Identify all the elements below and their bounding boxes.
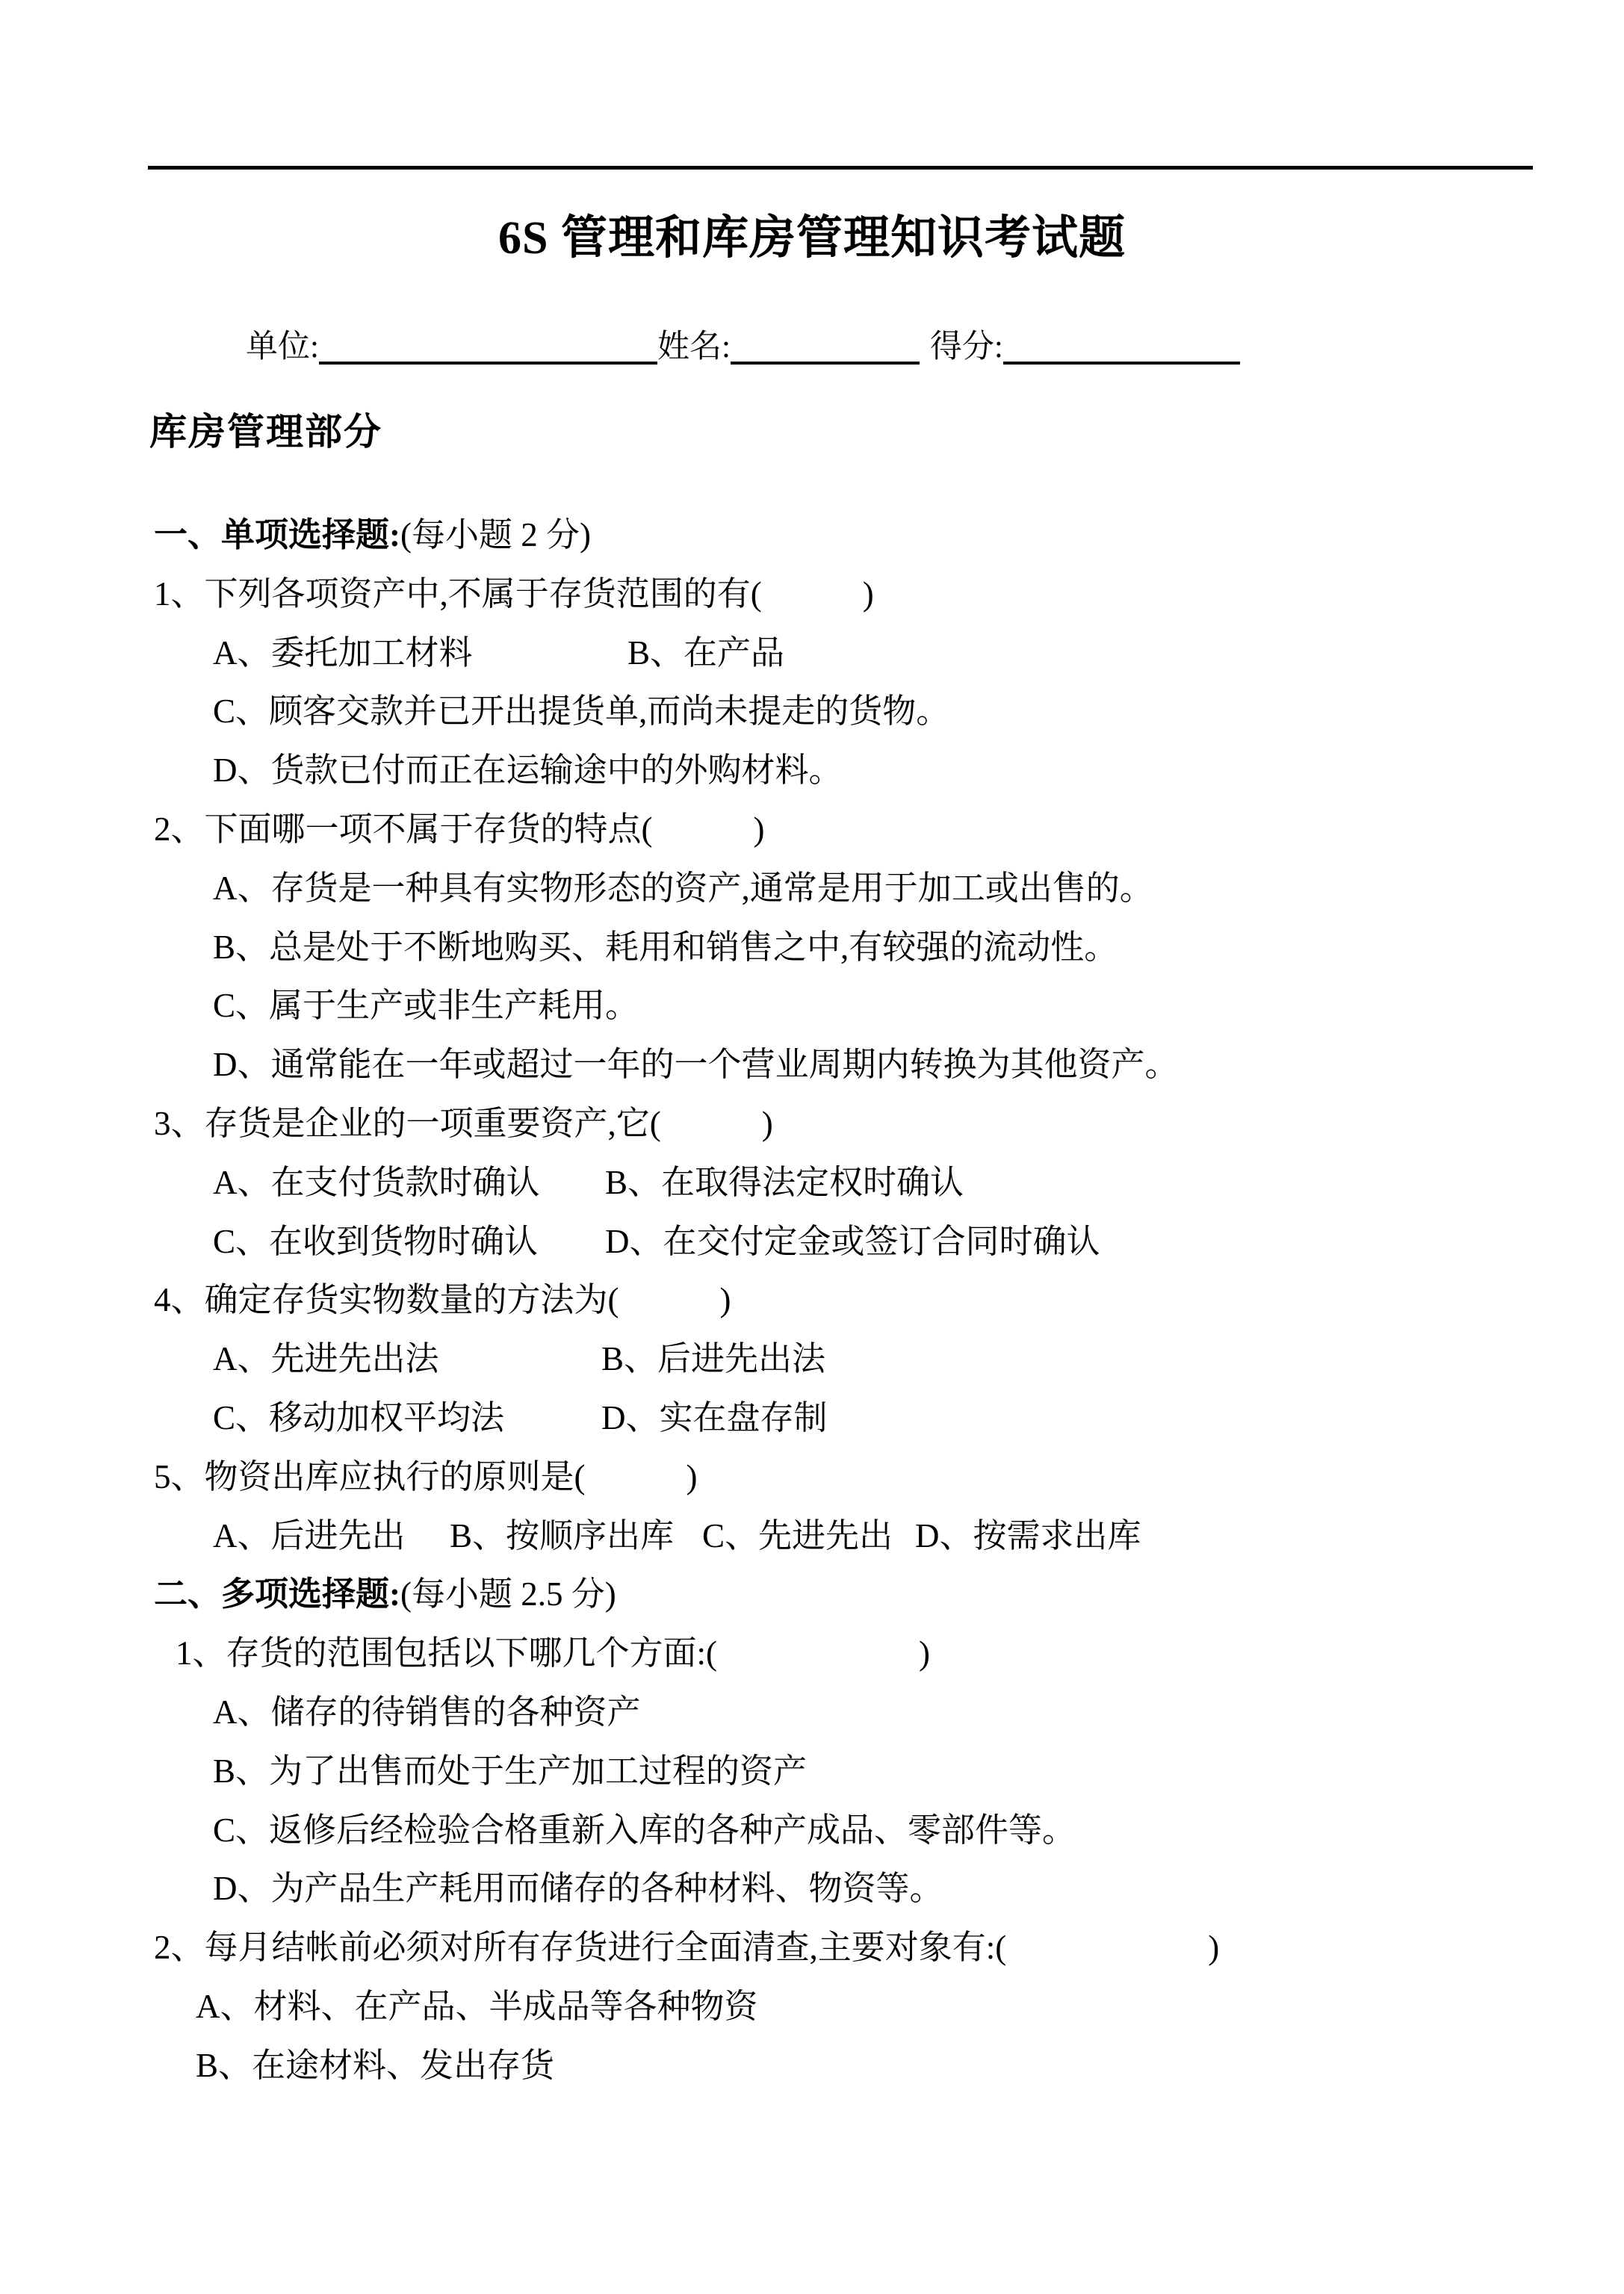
text-segment: 一、单项选择题: bbox=[154, 516, 400, 554]
exam-line: 3、存货是企业的一项重要资产,它( ) bbox=[0, 1104, 1624, 1144]
text-segment: D、按需求出库 bbox=[915, 1516, 1141, 1556]
exam-body: 一、单项选择题:(每小题 2 分)1、下列各项资产中,不属于存货范围的有( )A… bbox=[0, 0, 1624, 2294]
text-segment: C、在收到货物时确认 bbox=[213, 1223, 538, 1260]
exam-line: C、返修后经检验合格重新入库的各种产成品、零部件等。 bbox=[0, 1811, 1624, 1850]
text-segment: C、移动加权平均法 bbox=[213, 1399, 504, 1436]
text-segment: (每小题 2 分) bbox=[400, 516, 591, 554]
exam-line: C、顾客交款并已开出提货单,而尚未提走的货物。 bbox=[0, 692, 1624, 731]
exam-line: D、为产品生产耗用而储存的各种材料、物资等。 bbox=[0, 1869, 1624, 1909]
text-segment: B、为了出售而处于生产加工过程的资产 bbox=[213, 1752, 807, 1790]
text-segment: 2、下面哪一项不属于存货的特点( ) bbox=[154, 810, 764, 848]
text-segment: A、后进先出 bbox=[213, 1517, 406, 1554]
exam-line: C、移动加权平均法D、实在盘存制 bbox=[0, 1398, 1624, 1438]
text-segment: B、在取得法定权时确认 bbox=[605, 1163, 964, 1203]
text-segment: A、存货是一种具有实物形态的资产,通常是用于加工或出售的。 bbox=[213, 869, 1153, 907]
text-segment: A、在支付货款时确认 bbox=[213, 1164, 540, 1201]
text-segment: C、先进先出 bbox=[702, 1516, 893, 1556]
exam-line: 2、下面哪一项不属于存货的特点( ) bbox=[0, 810, 1624, 849]
exam-line: 4、确定存货实物数量的方法为( ) bbox=[0, 1280, 1624, 1320]
text-segment: B、后进先出法 bbox=[601, 1339, 825, 1379]
exam-line: B、在途材料、发出存货 bbox=[0, 2046, 1624, 2086]
exam-line: D、货款已付而正在运输途中的外购材料。 bbox=[0, 751, 1624, 790]
text-segment: 1、下列各项资产中,不属于存货范围的有( ) bbox=[154, 575, 874, 613]
exam-line: A、在支付货款时确认B、在取得法定权时确认 bbox=[0, 1163, 1624, 1203]
text-segment: 1、存货的范围包括以下哪几个方面:( ) bbox=[176, 1634, 930, 1672]
text-segment: (每小题 2.5 分) bbox=[400, 1575, 616, 1613]
text-segment: A、先进先出法 bbox=[213, 1340, 439, 1377]
text-segment: 3、存货是企业的一项重要资产,它( ) bbox=[154, 1105, 773, 1142]
exam-line: C、在收到货物时确认D、在交付定金或签订合同时确认 bbox=[0, 1222, 1624, 1262]
text-segment: D、通常能在一年或超过一年的一个营业周期内转换为其他资产。 bbox=[213, 1046, 1179, 1083]
exam-line: 1、下列各项资产中,不属于存货范围的有( ) bbox=[0, 574, 1624, 614]
text-segment: 5、物资出库应执行的原则是( ) bbox=[154, 1458, 697, 1495]
document-page: 6S 管理和库房管理知识考试题 单位:姓名:得分: 库房管理部分 一、单项选择题… bbox=[0, 0, 1624, 2294]
text-segment: B、在途材料、发出存货 bbox=[196, 2047, 554, 2084]
text-segment: C、属于生产或非生产耗用。 bbox=[213, 987, 639, 1024]
text-segment: B、总是处于不断地购买、耗用和销售之中,有较强的流动性。 bbox=[213, 929, 1118, 966]
text-segment: D、货款已付而正在运输途中的外购材料。 bbox=[213, 751, 843, 789]
text-segment: C、返修后经检验合格重新入库的各种产成品、零部件等。 bbox=[213, 1811, 1076, 1849]
exam-line: 2、每月结帐前必须对所有存货进行全面清查,主要对象有:( ) bbox=[0, 1928, 1624, 1968]
exam-line: A、后进先出B、按顺序出库C、先进先出D、按需求出库 bbox=[0, 1516, 1624, 1556]
exam-line: 1、存货的范围包括以下哪几个方面:( ) bbox=[0, 1634, 1624, 1673]
exam-line: A、委托加工材料B、在产品 bbox=[0, 633, 1624, 673]
text-segment: D、为产品生产耗用而储存的各种材料、物资等。 bbox=[213, 1870, 943, 1907]
text-segment: 2、每月结帐前必须对所有存货进行全面清查,主要对象有:( ) bbox=[154, 1929, 1219, 1966]
text-segment: D、在交付定金或签订合同时确认 bbox=[605, 1222, 1100, 1262]
exam-line: 二、多项选择题:(每小题 2.5 分) bbox=[0, 1575, 1624, 1614]
exam-line: B、总是处于不断地购买、耗用和销售之中,有较强的流动性。 bbox=[0, 928, 1624, 967]
text-segment: C、顾客交款并已开出提货单,而尚未提走的货物。 bbox=[213, 692, 949, 730]
exam-line: A、存货是一种具有实物形态的资产,通常是用于加工或出售的。 bbox=[0, 869, 1624, 908]
exam-line: A、材料、在产品、半成品等各种物资 bbox=[0, 1987, 1624, 2027]
text-segment: A、储存的待销售的各种资产 bbox=[213, 1693, 641, 1731]
text-segment: A、材料、在产品、半成品等各种物资 bbox=[196, 1988, 758, 2025]
exam-line: A、储存的待销售的各种资产 bbox=[0, 1693, 1624, 1732]
text-segment: 二、多项选择题: bbox=[154, 1575, 400, 1613]
text-segment: B、在产品 bbox=[627, 633, 784, 673]
exam-line: C、属于生产或非生产耗用。 bbox=[0, 986, 1624, 1026]
exam-line: D、通常能在一年或超过一年的一个营业周期内转换为其他资产。 bbox=[0, 1045, 1624, 1085]
text-segment: 4、确定存货实物数量的方法为( ) bbox=[154, 1281, 731, 1318]
exam-line: B、为了出售而处于生产加工过程的资产 bbox=[0, 1752, 1624, 1791]
exam-line: 5、物资出库应执行的原则是( ) bbox=[0, 1457, 1624, 1497]
text-segment: B、按顺序出库 bbox=[450, 1516, 674, 1556]
text-segment: A、委托加工材料 bbox=[213, 634, 473, 672]
exam-line: 一、单项选择题:(每小题 2 分) bbox=[0, 515, 1624, 555]
text-segment: D、实在盘存制 bbox=[601, 1398, 828, 1438]
exam-line: A、先进先出法B、后进先出法 bbox=[0, 1339, 1624, 1379]
